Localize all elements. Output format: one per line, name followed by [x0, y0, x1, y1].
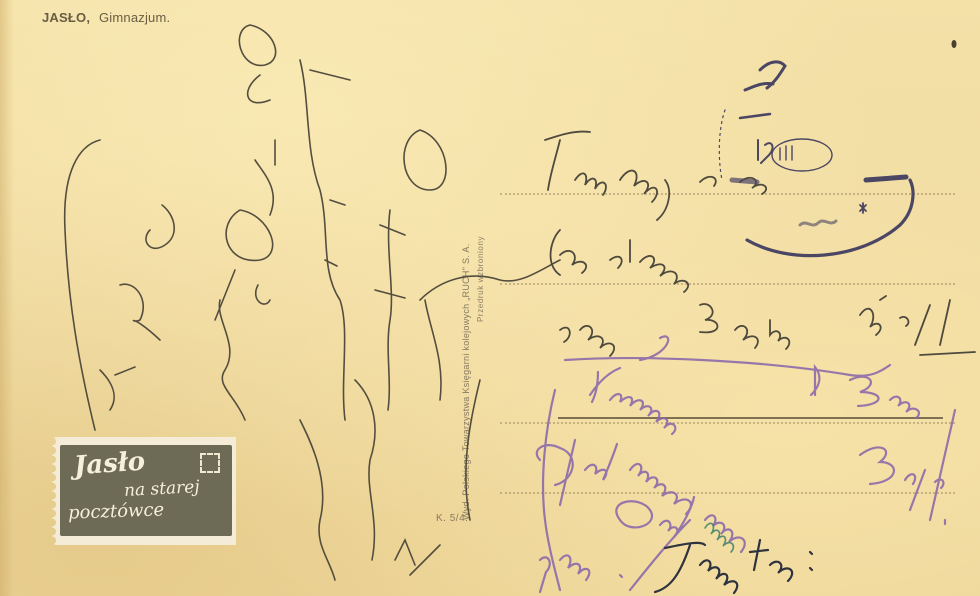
postcard-back: JASŁO, Gimnazjum. Wyd. Polskiego Towarzy…	[0, 0, 980, 596]
violet-ink-address	[537, 336, 955, 592]
stamp-icon	[200, 453, 220, 473]
watermark-title: Jasło	[73, 447, 146, 482]
watermark-subtitle-2: pocztówce	[68, 499, 165, 523]
watermark-subtitle-1: na starej	[124, 477, 201, 501]
site-watermark: Jasło na starej pocztówce	[52, 437, 240, 545]
watermark-panel: Jasło na starej pocztówce	[60, 445, 232, 536]
pencil-address	[545, 132, 975, 356]
ink-speck	[952, 40, 957, 48]
postmark	[719, 62, 913, 256]
green-ink-osobnica	[705, 523, 733, 552]
